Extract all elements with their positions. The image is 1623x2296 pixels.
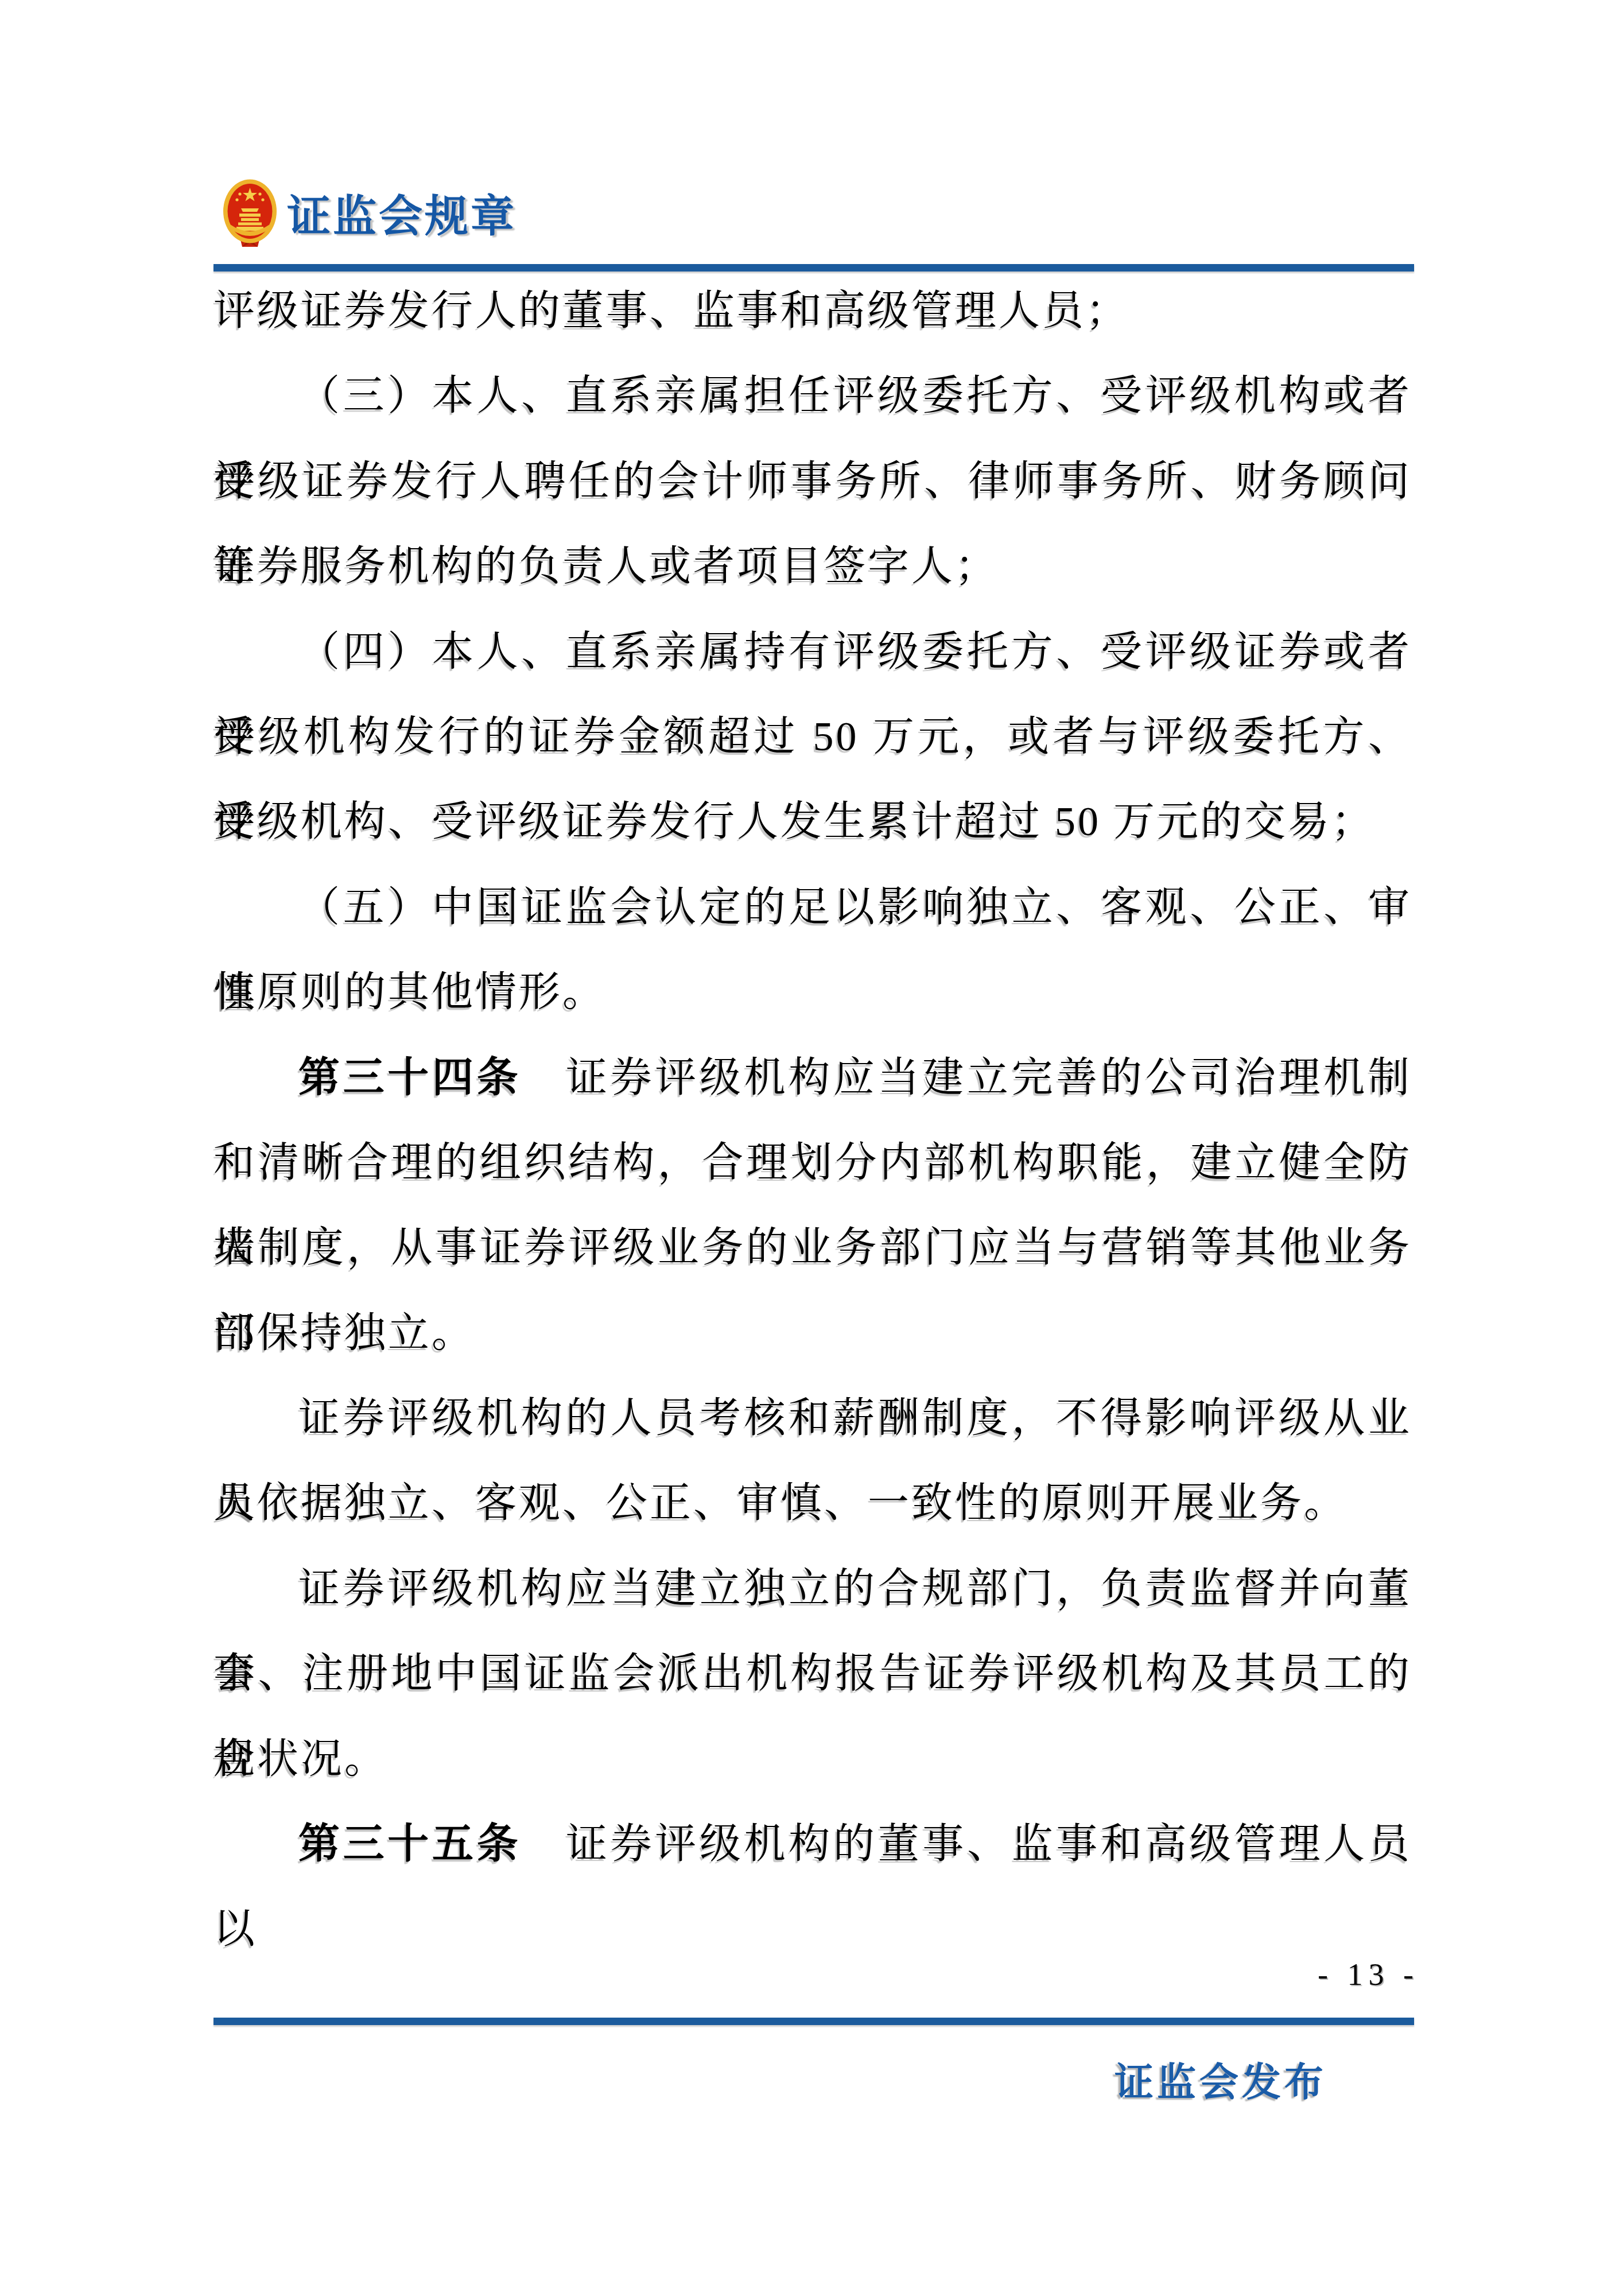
body-line: 第三十五条 证券评级机构的董事、监事和高级管理人员以	[213, 1801, 1412, 1886]
publisher-label: 证监会发布	[1115, 2058, 1327, 2107]
body-line: 第三十四条 证券评级机构应当建立完善的公司治理机制	[213, 1035, 1412, 1120]
body-line: 评级机构、受评级证券发行人发生累计超过 50 万元的交易；	[213, 779, 1412, 864]
footer-divider	[213, 2018, 1414, 2025]
china-national-emblem-icon	[222, 179, 278, 248]
page-number: - 13 -	[1318, 1954, 1419, 1995]
body-line: 和清晰合理的组织结构，合理划分内部机构职能，建立健全防火	[213, 1120, 1412, 1205]
body-line: 会、注册地中国证监会派出机构报告证券评级机构及其员工的合	[213, 1631, 1412, 1716]
body-line: 门保持独立。	[213, 1290, 1412, 1375]
header-title: 证监会规章	[287, 189, 517, 245]
body-line: 评级机构发行的证券金额超过 50 万元，或者与评级委托方、受	[213, 694, 1412, 779]
body-line: 规状况。	[213, 1716, 1412, 1801]
body-line: 员依据独立、客观、公正、审慎、一致性的原则开展业务。	[213, 1460, 1412, 1545]
body-line: 评级证券发行人的董事、监事和高级管理人员；	[213, 268, 1412, 353]
body-line: 评级证券发行人聘任的会计师事务所、律师事务所、财务顾问等	[213, 439, 1412, 523]
body-line: 性原则的其他情形。	[213, 949, 1412, 1034]
body-line: 证券评级机构应当建立独立的合规部门，负责监督并向董事	[213, 1546, 1412, 1631]
article-34-label: 第三十四条	[298, 1054, 521, 1100]
body-line: 证券服务机构的负责人或者项目签字人；	[213, 523, 1412, 608]
article-35-label: 第三十五条	[298, 1821, 521, 1867]
body-line: （五）中国证监会认定的足以影响独立、客观、公正、审慎	[213, 864, 1412, 949]
body-line: （三）本人、直系亲属担任评级委托方、受评级机构或者受	[213, 353, 1412, 438]
document-page: 证监会规章 评级证券发行人的董事、监事和高级管理人员； （三）本人、直系亲属担任…	[0, 0, 1623, 2296]
body-line: 证券评级机构的人员考核和薪酬制度，不得影响评级从业人	[213, 1375, 1412, 1460]
body-line: （四）本人、直系亲属持有评级委托方、受评级证券或者受	[213, 609, 1412, 694]
body-line: 墙制度，从事证券评级业务的业务部门应当与营销等其他业务部	[213, 1205, 1412, 1290]
document-body: 评级证券发行人的董事、监事和高级管理人员； （三）本人、直系亲属担任评级委托方、…	[213, 268, 1412, 1886]
